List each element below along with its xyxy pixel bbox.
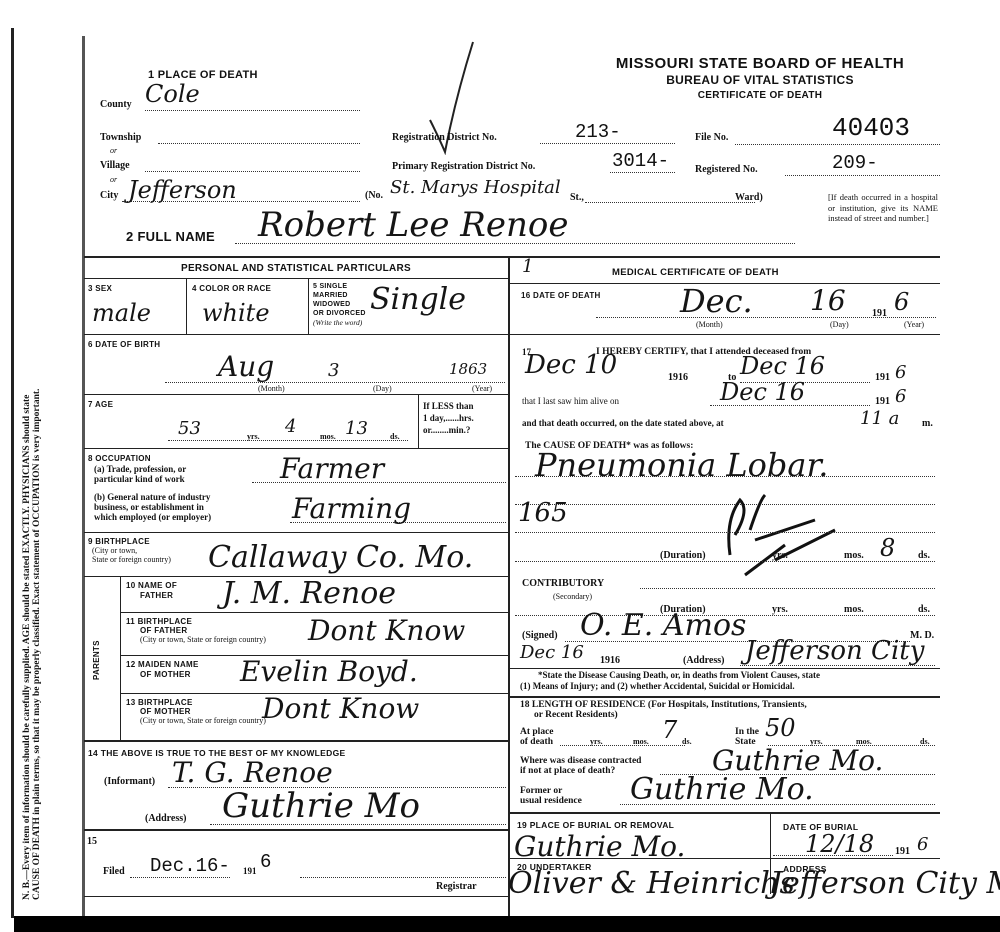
in-state-years-value: 50 xyxy=(765,714,796,742)
filed-label: Filed xyxy=(103,866,125,877)
registrar-line xyxy=(300,877,506,878)
day-caption: (Day) xyxy=(373,384,392,393)
in-state-ds: ds. xyxy=(920,737,930,746)
physician-address-value: Jefferson City xyxy=(745,636,924,666)
date-of-death-month: Dec. xyxy=(680,282,753,320)
city-value: Jefferson xyxy=(128,176,237,204)
registration-district-line xyxy=(540,143,675,144)
month-caption: (Month) xyxy=(696,320,723,329)
file-no-label: File No. xyxy=(695,132,728,143)
contracted-1: Where was disease contracted xyxy=(520,756,641,766)
signed-date: Dec 16 xyxy=(520,642,584,663)
divider xyxy=(84,448,508,449)
cause-code: 165 xyxy=(518,498,568,528)
at-place-ds: ds. xyxy=(682,737,692,746)
race-value: white xyxy=(202,299,270,327)
father-bp-3: (City or town, State or foreign country) xyxy=(126,635,266,644)
attended-from: Dec 10 xyxy=(525,350,617,380)
contrib-yrs: yrs. xyxy=(772,604,788,615)
burial-place-label: 19 PLACE OF BURIAL OR REMOVAL xyxy=(517,820,674,830)
sex-value: male xyxy=(92,299,151,327)
less-than-day: If LESS than 1 day,......hrs. or........… xyxy=(423,400,474,436)
informant-address-label: (Address) xyxy=(145,813,186,824)
duration-ds: ds. xyxy=(918,550,930,561)
street-label: St., xyxy=(570,192,584,203)
occurred-value: 11 a xyxy=(860,408,899,429)
mother-birthplace-value: Dont Know xyxy=(262,692,419,725)
contracted-2: if not at place of death? xyxy=(520,766,641,776)
footnote-1: *State the Disease Causing Death, or, in… xyxy=(520,670,820,681)
or-label: or xyxy=(110,175,117,184)
occupation-b-label: (b) General nature of industry business,… xyxy=(94,492,211,522)
primary-district-value: 3014- xyxy=(612,150,669,172)
at-place-line xyxy=(560,745,685,746)
divider xyxy=(84,278,508,279)
burial-year-prefix: 191 xyxy=(895,846,910,857)
divider xyxy=(510,668,940,669)
or-label: or xyxy=(110,146,117,155)
last-saw-label: that I last saw him alive on xyxy=(522,396,619,406)
parents-label: PARENTS xyxy=(92,640,101,680)
at-place-2: of death xyxy=(520,737,554,747)
marital-widowed: WIDOWED xyxy=(313,300,366,309)
date-of-death-day: 16 xyxy=(810,284,846,317)
occ-b-2: business, or establishment in xyxy=(94,502,211,512)
street-no-value: St. Marys Hospital xyxy=(390,177,561,198)
former-residence-value: Guthrie Mo. xyxy=(630,772,814,807)
mother-bp-1: 13 BIRTHPLACE xyxy=(126,698,266,707)
father-label-2: FATHER xyxy=(126,591,177,601)
birthplace-label: 9 BIRTHPLACE xyxy=(88,537,150,546)
father-bp-2: OF FATHER xyxy=(126,626,266,635)
age-line xyxy=(168,440,408,441)
header-subtitle: BUREAU OF VITAL STATISTICS xyxy=(570,73,950,87)
at-place-yrs: yrs. xyxy=(590,737,603,746)
contrib-ds: ds. xyxy=(918,604,930,615)
dob-line xyxy=(165,382,505,383)
age-years: 53 xyxy=(178,418,201,439)
date-of-death-year-suffix: 6 xyxy=(894,288,909,316)
city-label: City xyxy=(100,190,118,201)
ward-label: Ward) xyxy=(735,192,763,203)
signed-year: 1916 xyxy=(600,655,620,666)
signed-label: (Signed) xyxy=(522,630,558,641)
file-no-line xyxy=(735,144,940,145)
marital-hint: (Write the word) xyxy=(313,318,366,327)
marital-divorced: OR DIVORCED xyxy=(313,309,366,318)
mother-label-2: OF MOTHER xyxy=(126,670,199,680)
former-1: Former or xyxy=(520,786,582,796)
physician-address-line xyxy=(740,665,935,666)
father-label-1: 10 NAME OF xyxy=(126,581,177,591)
center-divider xyxy=(508,256,510,916)
undertaker-address-value: Jefferson City Mo. xyxy=(770,866,1000,901)
at-place-label: At place of death xyxy=(520,727,554,747)
former-residence-label: Former or usual residence xyxy=(520,786,582,806)
undertaker-value: Oliver & Heinrichs xyxy=(508,866,795,901)
full-name-label: 2 FULL NAME xyxy=(126,229,215,244)
contributory-label: CONTRIBUTORY xyxy=(522,578,604,589)
primary-district-label: Primary Registration District No. xyxy=(392,161,535,172)
mother-name-value: Evelin Boyd. xyxy=(240,655,418,688)
burial-date-line xyxy=(773,855,893,856)
race-label: 4 COLOR OR RACE xyxy=(192,284,271,293)
county-label: County xyxy=(100,99,132,110)
divider xyxy=(84,256,940,258)
contracted-label: Where was disease contracted if not at p… xyxy=(520,756,641,776)
form-header: MISSOURI STATE BOARD OF HEALTH BUREAU OF… xyxy=(570,55,950,101)
ward-line xyxy=(585,202,755,203)
duration-line xyxy=(515,561,935,562)
mother-name-label: 12 MAIDEN NAME OF MOTHER xyxy=(126,660,199,680)
marital-married: MARRIED xyxy=(313,291,366,300)
former-2: usual residence xyxy=(520,796,582,806)
divider xyxy=(510,696,940,698)
occupation-a-label: (a) Trade, profession, or particular kin… xyxy=(94,464,186,484)
last-saw-year-prefix: 191 xyxy=(875,396,890,407)
mos-label: mos. xyxy=(320,432,336,441)
attended-to-year-suffix: 6 xyxy=(895,362,906,383)
informant-address-value: Guthrie Mo xyxy=(222,786,420,826)
occ-b-1: (b) General nature of industry xyxy=(94,492,211,502)
signed-value: O. E. Amos xyxy=(580,608,746,643)
marital-single: 5 SINGLE xyxy=(313,282,366,291)
divider xyxy=(510,812,940,814)
registration-district-label: Registration District No. xyxy=(392,132,497,143)
birthplace-sub-1: (City or town, xyxy=(92,546,171,555)
medical-mark: 1 xyxy=(522,256,533,277)
filed-year-suffix: 6 xyxy=(260,851,271,873)
attended-from-year: 1916 xyxy=(668,372,688,383)
attended-to: Dec 16 xyxy=(740,352,825,380)
father-name-label: 10 NAME OF FATHER xyxy=(126,581,177,601)
physician-initials-scribble xyxy=(715,490,855,580)
header-form-name: CERTIFICATE OF DEATH xyxy=(570,90,950,101)
last-saw-line xyxy=(710,405,870,406)
year-caption: (Year) xyxy=(472,384,492,393)
marital-status-label: 5 SINGLE MARRIED WIDOWED OR DIVORCED (Wr… xyxy=(313,282,366,327)
attended-to-year-prefix: 191 xyxy=(875,372,890,383)
divider xyxy=(120,612,508,613)
birthplace-value: Callaway Co. Mo. xyxy=(208,540,473,575)
less-than-2: 1 day,......hrs. xyxy=(423,412,474,424)
filed-line xyxy=(130,877,230,878)
cause-line-3 xyxy=(515,532,935,533)
age-label: 7 AGE xyxy=(88,400,113,409)
occurred-suffix: m. xyxy=(922,418,933,429)
occupation-label: 8 OCCUPATION xyxy=(88,454,151,463)
contributory-line xyxy=(640,588,935,589)
dob-label: 6 DATE OF BIRTH xyxy=(88,340,160,349)
full-name-value: Robert Lee Renoe xyxy=(258,205,569,245)
informant-label: (Informant) xyxy=(104,776,155,787)
divider xyxy=(186,278,187,334)
father-birthplace-value: Dont Know xyxy=(308,614,465,647)
registered-no-line xyxy=(785,175,940,176)
yrs-label: yrs. xyxy=(247,432,260,441)
personal-heading: PERSONAL AND STATISTICAL PARTICULARS xyxy=(84,263,508,274)
father-bp-1: 11 BIRTHPLACE xyxy=(126,617,266,626)
father-birthplace-label: 11 BIRTHPLACE OF FATHER (City or town, S… xyxy=(126,617,266,644)
village-line xyxy=(145,171,360,172)
birthplace-sub: (City or town, State or foreign country) xyxy=(92,546,171,564)
physician-address-label: (Address) xyxy=(683,655,724,666)
divider xyxy=(84,532,508,533)
registered-no-value: 209- xyxy=(832,152,878,174)
hospital-note: [If death occurred in a hospital or inst… xyxy=(828,192,938,224)
divider xyxy=(418,394,419,448)
less-than-1: If LESS than xyxy=(423,400,474,412)
county-value: Cole xyxy=(145,80,200,108)
filed-value: Dec.16- xyxy=(150,855,230,877)
divider xyxy=(84,334,508,335)
duration-label: (Duration) xyxy=(660,550,706,561)
divider xyxy=(510,858,940,859)
father-name-value: J. M. Renoe xyxy=(222,576,396,611)
secondary-label: (Secondary) xyxy=(553,592,592,601)
birthplace-sub-2: State or foreign country) xyxy=(92,555,171,564)
registered-no-label: Registered No. xyxy=(695,164,758,175)
occupation-a-value: Farmer xyxy=(280,452,384,485)
village-label: Village xyxy=(100,160,130,171)
registrar-label: Registrar xyxy=(436,881,477,892)
divider xyxy=(84,829,508,831)
township-line xyxy=(158,143,360,144)
primary-district-line xyxy=(610,172,675,173)
residence-heading-1: 18 LENGTH OF RESIDENCE (For Hospitals, I… xyxy=(520,700,807,710)
marital-value: Single xyxy=(370,282,466,317)
sex-label: 3 SEX xyxy=(88,284,112,293)
burial-date-value: 12/18 xyxy=(805,830,874,858)
last-saw-year-suffix: 6 xyxy=(895,386,906,407)
mother-birthplace-label: 13 BIRTHPLACE OF MOTHER (City or town, S… xyxy=(126,698,266,725)
side-note-line-2: CAUSE OF DEATH in plain terms, so that i… xyxy=(32,20,42,900)
divider xyxy=(120,576,121,740)
informant-value: T. G. Renoe xyxy=(172,756,333,789)
ds-label: ds. xyxy=(390,432,400,441)
duration-yrs: yrs. xyxy=(772,550,788,561)
date-of-death-label: 16 DATE OF DEATH xyxy=(521,291,601,300)
divider xyxy=(84,896,508,897)
occupation-b-value: Farming xyxy=(292,492,411,525)
dob-month: Aug xyxy=(218,350,274,383)
year-caption: (Year) xyxy=(904,320,924,329)
at-place-1: At place xyxy=(520,727,554,737)
divider xyxy=(84,394,508,395)
mother-label-1: 12 MAIDEN NAME xyxy=(126,660,199,670)
bottom-black-band xyxy=(14,916,1000,932)
divider xyxy=(510,334,940,335)
left-margin-border xyxy=(11,28,14,918)
occ-b-3: which employed (or employer) xyxy=(94,512,211,522)
last-saw-value: Dec 16 xyxy=(720,378,805,406)
divider xyxy=(84,740,508,742)
side-note-line-1: N. B.—Every item of information should b… xyxy=(22,20,32,900)
side-note: N. B.—Every item of information should b… xyxy=(22,20,42,900)
duration-mos: mos. xyxy=(844,550,864,561)
duration-days-value: 8 xyxy=(880,534,895,562)
age-days: 13 xyxy=(345,418,368,439)
registration-district-value: 213- xyxy=(575,121,621,143)
burial-year-suffix: 6 xyxy=(917,834,928,855)
mother-bp-3: (City or town, State or foreign country) xyxy=(126,716,266,725)
street-no-label: (No. xyxy=(365,190,383,201)
divider xyxy=(308,278,309,334)
filing-number: 15 xyxy=(87,836,97,847)
township-label: Township xyxy=(100,132,141,143)
dob-year: 1863 xyxy=(449,360,487,378)
date-of-death-year-prefix: 191 xyxy=(872,308,887,319)
day-caption: (Day) xyxy=(830,320,849,329)
cause-footnote: *State the Disease Causing Death, or, in… xyxy=(520,670,820,692)
less-than-3: or........min.? xyxy=(423,424,474,436)
occurred-label: and that death occurred, on the date sta… xyxy=(522,418,724,428)
file-no-value: 40403 xyxy=(832,113,910,143)
month-caption: (Month) xyxy=(258,384,285,393)
at-place-mos: mos. xyxy=(633,737,649,746)
in-the: In the xyxy=(735,727,759,737)
occ-a-2: particular kind of work xyxy=(94,474,186,484)
medical-heading: MEDICAL CERTIFICATE OF DEATH xyxy=(612,267,779,278)
header-title: MISSOURI STATE BOARD OF HEALTH xyxy=(570,55,950,72)
filed-year-prefix: 191 xyxy=(243,866,257,876)
county-line xyxy=(145,110,360,111)
dob-day: 3 xyxy=(328,360,339,381)
footnote-2: (1) Means of Injury; and (2) whether Acc… xyxy=(520,681,820,692)
form-left-border xyxy=(82,36,85,916)
age-months: 4 xyxy=(285,416,296,437)
mother-bp-2: OF MOTHER xyxy=(126,707,266,716)
contrib-mos: mos. xyxy=(844,604,864,615)
occ-a-1: (a) Trade, profession, or xyxy=(94,464,186,474)
cause-value: Pneumonia Lobar. xyxy=(535,446,828,484)
at-place-days-value: 7 xyxy=(662,716,677,744)
